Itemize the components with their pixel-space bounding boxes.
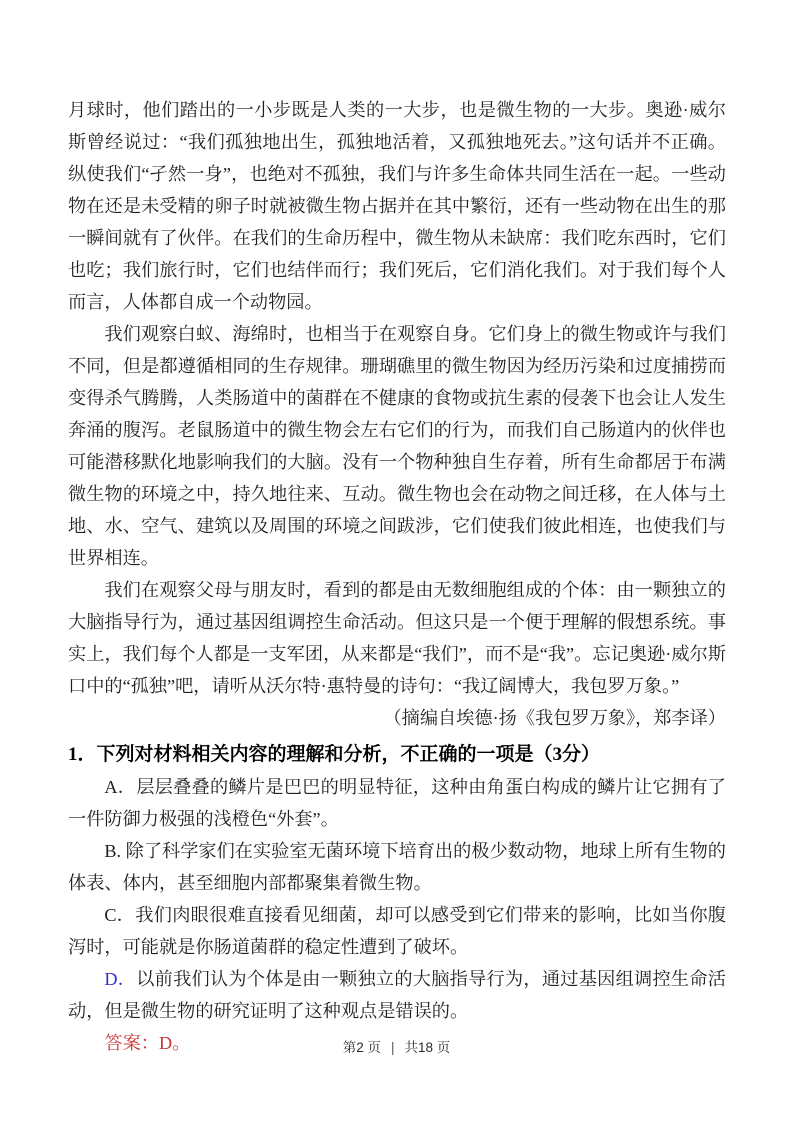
passage-paragraph: 我们在观察父母与朋友时，看到的都是由无数细胞组成的个体：由一颗独立的大脑指导行为… <box>68 574 726 702</box>
option-b: B. 除了科学家们在实验室无菌环境下培育出的极少数动物，地球上所有生物的体表、体… <box>68 835 726 899</box>
option-a-label: A． <box>104 777 136 797</box>
option-c: C．我们肉眼很难直接看见细菌，却可以感受到它们带来的影响，比如当你腹泻时，可能就… <box>68 899 726 963</box>
option-d: D．以前我们认为个体是由一颗独立的大脑指导行为，通过基因组调控生命活动，但是微生… <box>68 963 726 1027</box>
option-b-label: B. <box>104 841 125 861</box>
footer-separator: | <box>391 1040 395 1055</box>
footer-total-pages: 共18 页 <box>405 1040 451 1055</box>
page-content: 月球时，他们踏出的一小步既是人类的一大步，也是微生物的一大步。奥逊·威尔斯曾经说… <box>0 0 793 1059</box>
question-title: 1．下列对材料相关内容的理解和分析，不正确的一项是（3分） <box>68 739 726 771</box>
option-a: A．层层叠叠的鳞片是巴巴的明显特征，这种由角蛋白构成的鳞片让它拥有了一件防御力极… <box>68 771 726 835</box>
passage-paragraph: 我们观察白蚁、海绵时，也相当于在观察自身。它们身上的微生物或许与我们不同，但是都… <box>68 318 726 574</box>
option-d-label: D． <box>104 969 136 989</box>
footer-current-page: 第2 页 <box>343 1040 381 1055</box>
source-citation: （摘编自埃德·扬《我包罗万象》，郑李译） <box>68 702 726 734</box>
option-b-text: 除了科学家们在实验室无菌环境下培育出的极少数动物，地球上所有生物的体表、体内，甚… <box>68 841 726 893</box>
option-c-label: C． <box>104 905 135 925</box>
option-c-text: 我们肉眼很难直接看见细菌，却可以感受到它们带来的影响，比如当你腹泻时，可能就是你… <box>68 905 726 957</box>
option-d-text: 以前我们认为个体是由一颗独立的大脑指导行为，通过基因组调控生命活动，但是微生物的… <box>68 969 726 1021</box>
passage-paragraph-continuation: 月球时，他们踏出的一小步既是人类的一大步，也是微生物的一大步。奥逊·威尔斯曾经说… <box>68 94 726 318</box>
document-page: 月球时，他们踏出的一小步既是人类的一大步，也是微生物的一大步。奥逊·威尔斯曾经说… <box>0 0 793 1122</box>
page-footer: 第2 页|共18 页 <box>0 1038 793 1057</box>
option-a-text: 层层叠叠的鳞片是巴巴的明显特征，这种由角蛋白构成的鳞片让它拥有了一件防御力极强的… <box>68 777 726 829</box>
